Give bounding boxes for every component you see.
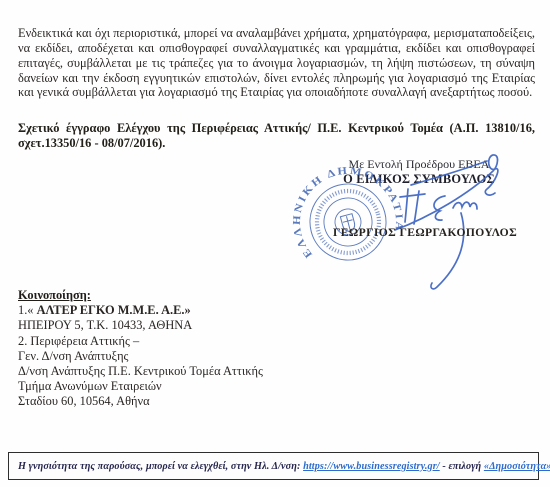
footer-middle-text: - επιλογή bbox=[440, 461, 484, 472]
footer-prefix-text: Η γνησιότητα της παρούσας, μπορεί να ελε… bbox=[18, 461, 303, 472]
cc-company-name: ΑΛΤΕΡ ΕΓΚΟ Μ.Μ.Ε. Α.Ε. bbox=[37, 303, 185, 317]
scanned-document-page: Ενδεικτικά και όχι περιοριστικά, μπορεί … bbox=[0, 0, 550, 487]
cc-line-region: 2. Περιφέρεια Αττικής – bbox=[18, 334, 378, 349]
business-registry-link[interactable]: https://www.businessregistry.gr/ bbox=[303, 461, 440, 472]
cc-company-close-quote: » bbox=[185, 303, 191, 317]
handwritten-signature bbox=[365, 145, 540, 293]
cc-line-directorate: Δ/νση Ανάπτυξης Π.Ε. Κεντρικού Τομέα Αττ… bbox=[18, 364, 378, 379]
authenticity-footer-text: Η γνησιότητα της παρούσας, μπορεί να ελε… bbox=[9, 461, 550, 472]
cc-heading: Κοινοποίηση: bbox=[18, 288, 378, 303]
signer-name: ΓΕΩΡΓΙΟΣ ΓΕΩΡΓΑΚΟΠΟΥΛΟΣ bbox=[333, 226, 533, 239]
cc-item-company-line: 1.« ΑΛΤΕΡ ΕΓΚΟ Μ.Μ.Ε. Α.Ε.» bbox=[18, 303, 378, 318]
cc-line-department: Τμήμα Ανωνύμων Εταιρειών bbox=[18, 379, 378, 394]
cc-line-directorate-general: Γεν. Δ/νση Ανάπτυξης bbox=[18, 349, 378, 364]
cc-item-number: 1.« bbox=[18, 303, 37, 317]
cc-section: Κοινοποίηση: 1.« ΑΛΤΕΡ ΕΓΚΟ Μ.Μ.Ε. Α.Ε.»… bbox=[18, 288, 378, 410]
authenticity-footer-box: Η γνησιότητα της παρούσας, μπορεί να ελε… bbox=[8, 452, 539, 480]
publicity-option-link[interactable]: «Δημοσιότητα». bbox=[484, 461, 550, 472]
cc-line-street-address: Σταδίου 60, 10564, Αθήνα bbox=[18, 394, 378, 409]
body-paragraph: Ενδεικτικά και όχι περιοριστικά, μπορεί … bbox=[18, 26, 535, 100]
cc-line-address: ΗΠΕΙΡΟΥ 5, Τ.Κ. 10433, ΑΘΗΝΑ bbox=[18, 318, 378, 333]
